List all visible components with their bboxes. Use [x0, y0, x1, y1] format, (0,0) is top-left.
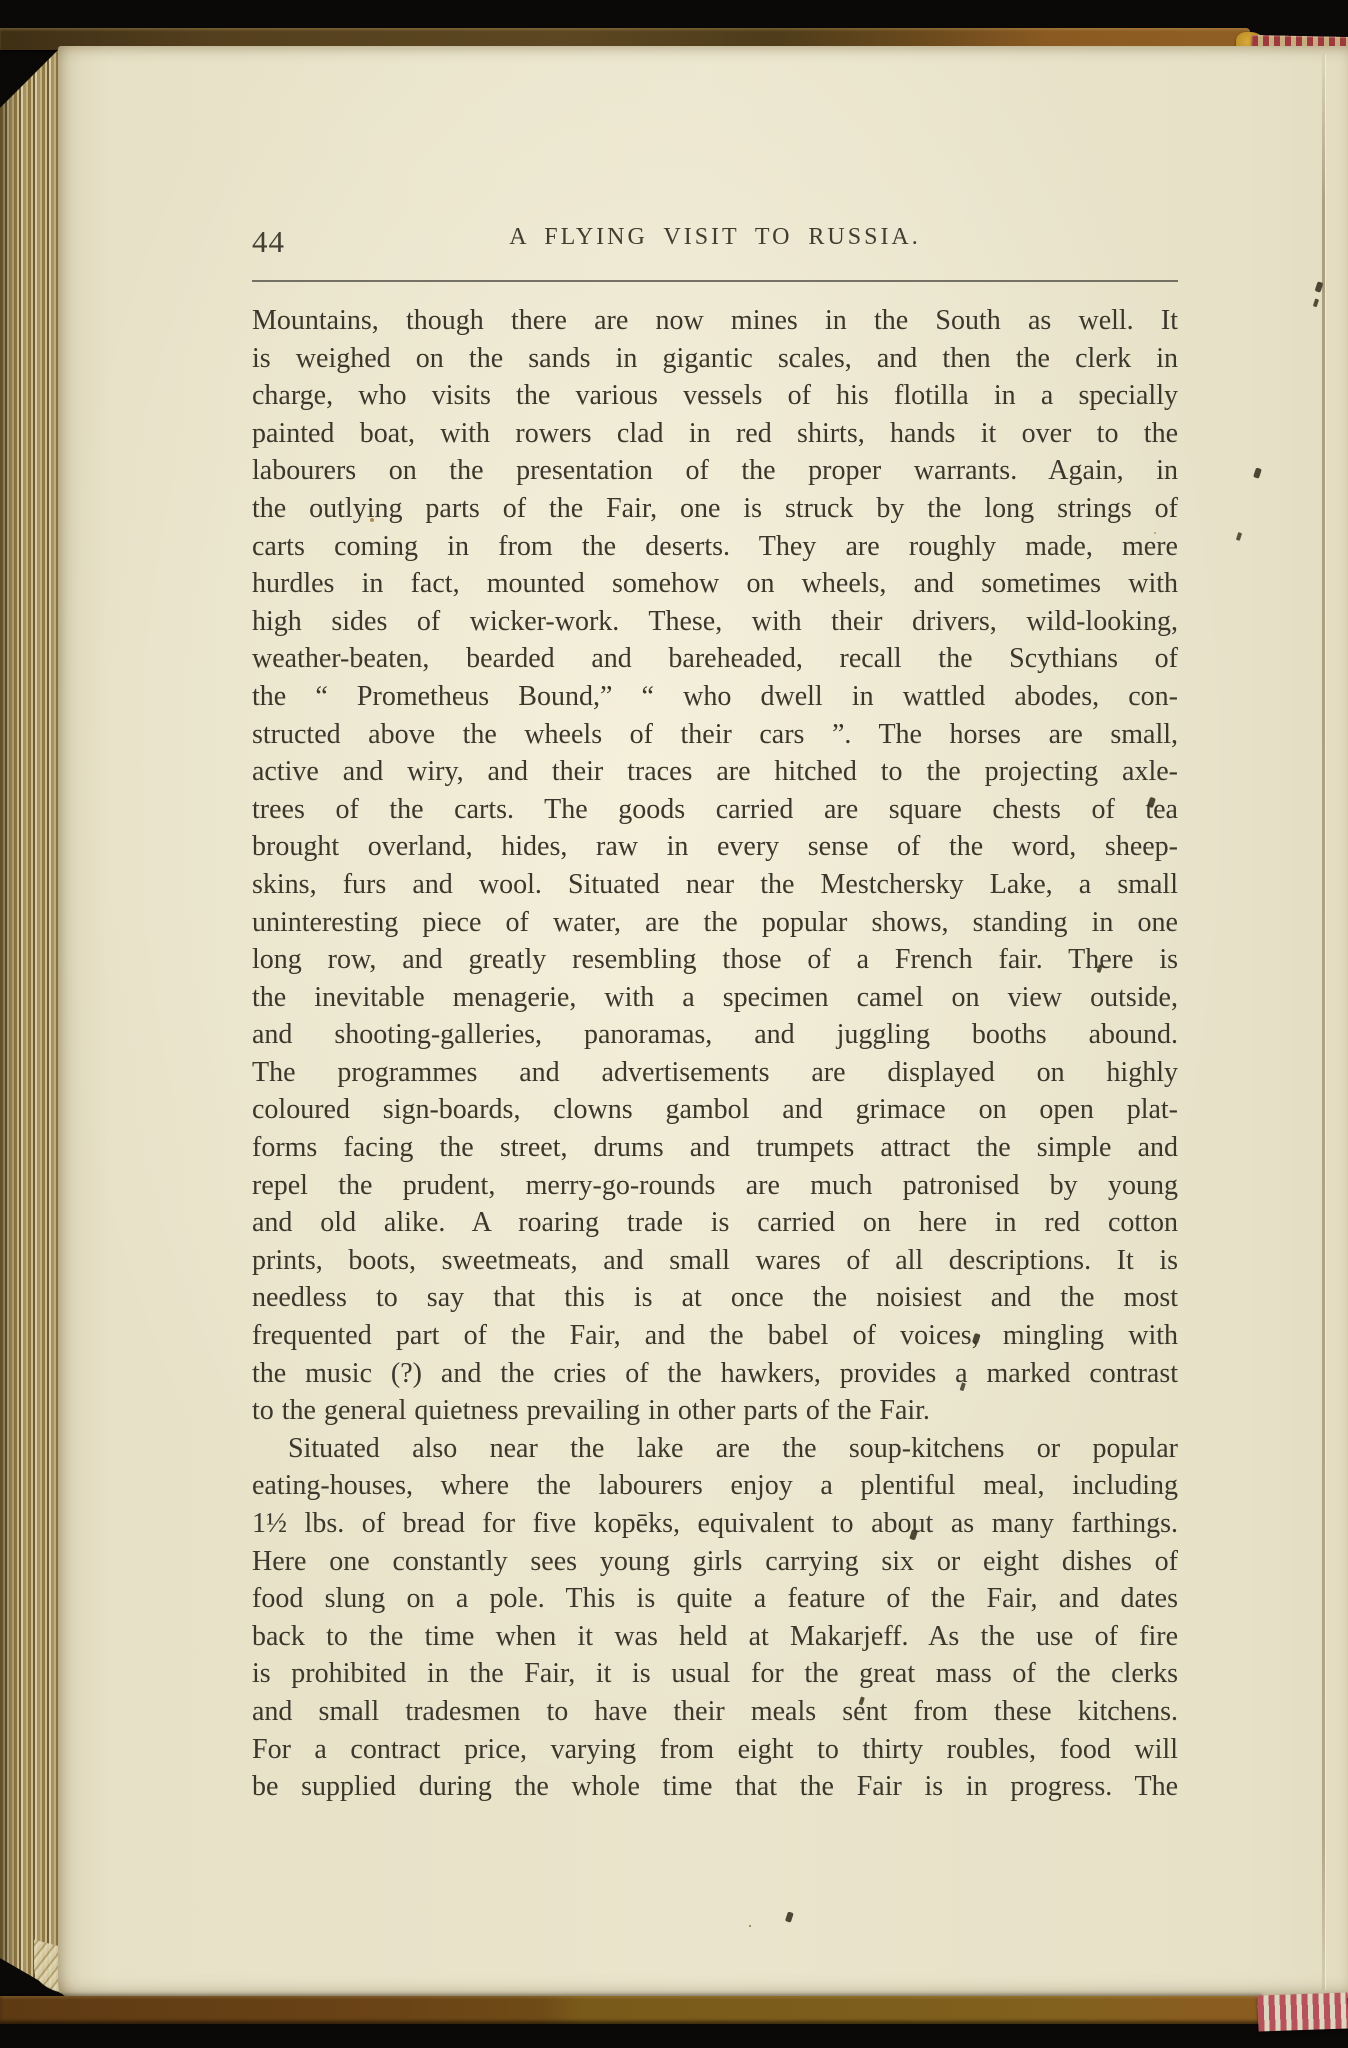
text-line: frequented part of the Fair, and the bab… [252, 1317, 1178, 1355]
text-line: to the general quietness prevailing in o… [252, 1392, 1178, 1430]
text-line: is weighed on the sands in gigantic scal… [252, 340, 1178, 378]
text-line: repel the prudent, merry-go-rounds are m… [252, 1167, 1178, 1205]
text-line: charge, who visits the various vessels o… [252, 377, 1178, 415]
text-line: trees of the carts. The goods carried ar… [252, 791, 1178, 829]
text-line: needless to say that this is at once the… [252, 1279, 1178, 1317]
text-line: The programmes and advertisements are di… [252, 1054, 1178, 1092]
text-line: carts coming in from the deserts. They a… [252, 528, 1178, 566]
text-line: prints, boots, sweetmeats, and small war… [252, 1242, 1178, 1280]
tailband-bottom [1257, 1992, 1348, 2031]
text-line: hurdles in fact, mounted somehow on whee… [252, 565, 1178, 603]
gutter-crease [1322, 54, 1325, 1990]
text-line: 1½ lbs. of bread for five kopēks, equiva… [252, 1505, 1178, 1543]
text-line: Mountains, though there are now mines in… [252, 302, 1178, 340]
text-line: be supplied during the whole time that t… [252, 1768, 1178, 1806]
text-line: coloured sign-boards, clowns gambol and … [252, 1091, 1178, 1129]
book-page: 44 A FLYING VISIT TO RUSSIA. Mountains, … [58, 46, 1348, 1998]
text-line: long row, and greatly resembling those o… [252, 941, 1178, 979]
text-line: and shooting-galleries, panoramas, and j… [252, 1016, 1178, 1054]
text-line: the “ Prometheus Bound,” “ who dwell in … [252, 678, 1178, 716]
text-line: skins, furs and wool. Situated near the … [252, 866, 1178, 904]
text-line: and small tradesmen to have their meals … [252, 1693, 1178, 1731]
text-line: brought overland, hides, raw in every se… [252, 828, 1178, 866]
text-line: painted boat, with rowers clad in red sh… [252, 415, 1178, 453]
text-line: weather-beaten, bearded and bareheaded, … [252, 640, 1178, 678]
text-line: forms facing the street, drums and trump… [252, 1129, 1178, 1167]
text-line: the outlying parts of the Fair, one is s… [252, 490, 1178, 528]
text-line: the music (?) and the cries of the hawke… [252, 1355, 1178, 1393]
text-line: high sides of wicker-work. These, with t… [252, 603, 1178, 641]
text-line: food slung on a pole. This is quite a fe… [252, 1580, 1178, 1618]
text-line: Here one constantly sees young girls car… [252, 1543, 1178, 1581]
photographed-book-scene: 44 A FLYING VISIT TO RUSSIA. Mountains, … [0, 0, 1348, 2048]
text-block: Mountains, though there are now mines in… [252, 302, 1178, 1806]
text-line: and old alike. A roaring trade is carrie… [252, 1204, 1178, 1242]
running-title: A FLYING VISIT TO RUSSIA. [252, 224, 1178, 251]
book-cover-bottom-edge [0, 1996, 1262, 2024]
text-line: the inevitable menagerie, with a specime… [252, 979, 1178, 1017]
text-line: uninteresting piece of water, are the po… [252, 904, 1178, 942]
text-line: For a contract price, varying from eight… [252, 1731, 1178, 1769]
text-line: eating-houses, where the labourers enjoy… [252, 1467, 1178, 1505]
header-rule [252, 280, 1178, 282]
text-line: active and wiry, and their traces are hi… [252, 753, 1178, 791]
text-line: structed above the wheels of their cars … [252, 716, 1178, 754]
text-line: labourers on the presentation of the pro… [252, 452, 1178, 490]
text-line: back to the time when it was held at Mak… [252, 1618, 1178, 1656]
printed-area: 44 A FLYING VISIT TO RUSSIA. Mountains, … [252, 224, 1178, 1806]
fore-edge-page-stack [0, 46, 62, 1994]
page-header: 44 A FLYING VISIT TO RUSSIA. [252, 224, 1178, 280]
text-line: is prohibited in the Fair, it is usual f… [252, 1655, 1178, 1693]
text-line: Situated also near the lake are the soup… [252, 1430, 1178, 1468]
